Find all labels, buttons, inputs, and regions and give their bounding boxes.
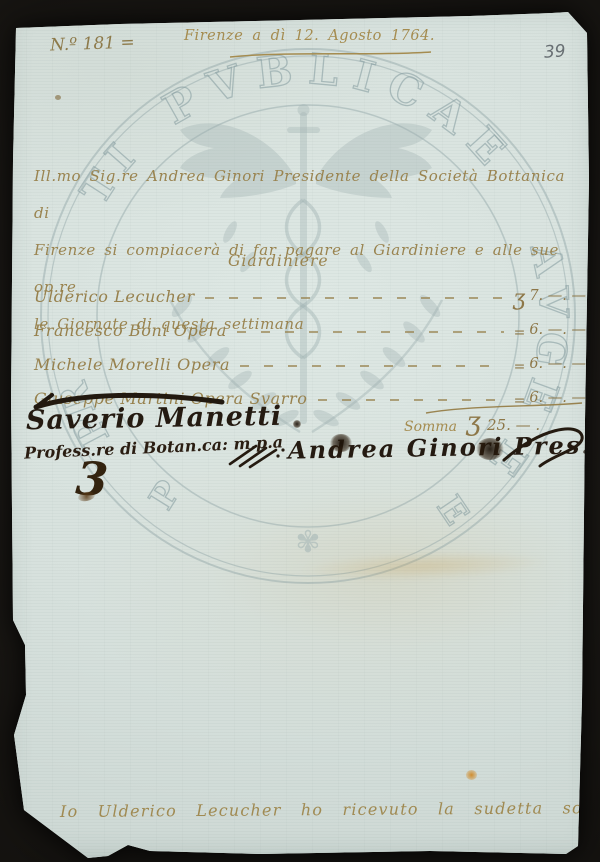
seal-bottom-left-letter: P (142, 474, 189, 517)
photo-backdrop: PR TI PVBLICAE AVGE E P E ✾ (0, 0, 600, 862)
section-heading: Giardiniere (228, 252, 329, 270)
row-equals: = (514, 360, 526, 374)
dateline-underline (228, 49, 434, 61)
seal-rosette-icon: ✾ (295, 525, 320, 560)
row-amount: 6. —. — (529, 322, 586, 338)
ink-dot (293, 420, 301, 428)
pay-row: Francesco Boni Opera = 6. —. — (34, 306, 586, 340)
ink-blob (330, 434, 352, 452)
row-leader-dashes (318, 399, 504, 401)
manuscript-paper: PR TI PVBLICAE AVGE E P E ✾ (0, 0, 600, 862)
dateline: Firenze a dì 12. Agosto 1764. (184, 28, 435, 44)
row-name: Francesco Boni Opera (34, 321, 227, 340)
paper-shadow: PR TI PVBLICAE AVGE E P E ✾ (0, 0, 600, 862)
sum-overline (424, 402, 586, 416)
seal-bottom-right-letter: E (429, 489, 477, 533)
row-leader-dashes (205, 297, 503, 299)
signature-hatch-marks (228, 440, 292, 468)
row-amount: 6. —. — (529, 356, 586, 372)
small-speck (55, 95, 61, 100)
bleedthrough-stain (300, 548, 551, 585)
foxing-dot (466, 770, 477, 780)
folio-number: 39 (543, 41, 566, 62)
row-leader-dashes (240, 365, 504, 367)
pay-table: Ulderico Lecucher ʒ 7. —. — Francesco Bo… (34, 272, 586, 408)
pay-row: Michele Morelli Opera = 6. —. — (34, 340, 586, 374)
row-brace: ʒ (513, 292, 525, 306)
row-leader-dashes (237, 331, 504, 333)
pay-row: Ulderico Lecucher ʒ 7. —. — (34, 272, 586, 306)
body-line-1: Ill.mo Sig.re Andrea Ginori Presidente d… (34, 158, 586, 232)
row-name: Michele Morelli Opera (34, 355, 230, 374)
row-equals: = (514, 326, 526, 340)
row-name: Ulderico Lecucher (34, 287, 195, 306)
signature-saverio-manetti: Saverio Manetti (26, 401, 283, 436)
receipt-note: Io Ulderico Lecucher ho ricevuto la sude… (60, 798, 600, 821)
register-number: N.º 181 = (50, 33, 135, 56)
row-amount: 7. —. — (529, 288, 586, 304)
signature-end-flourish (500, 420, 590, 470)
